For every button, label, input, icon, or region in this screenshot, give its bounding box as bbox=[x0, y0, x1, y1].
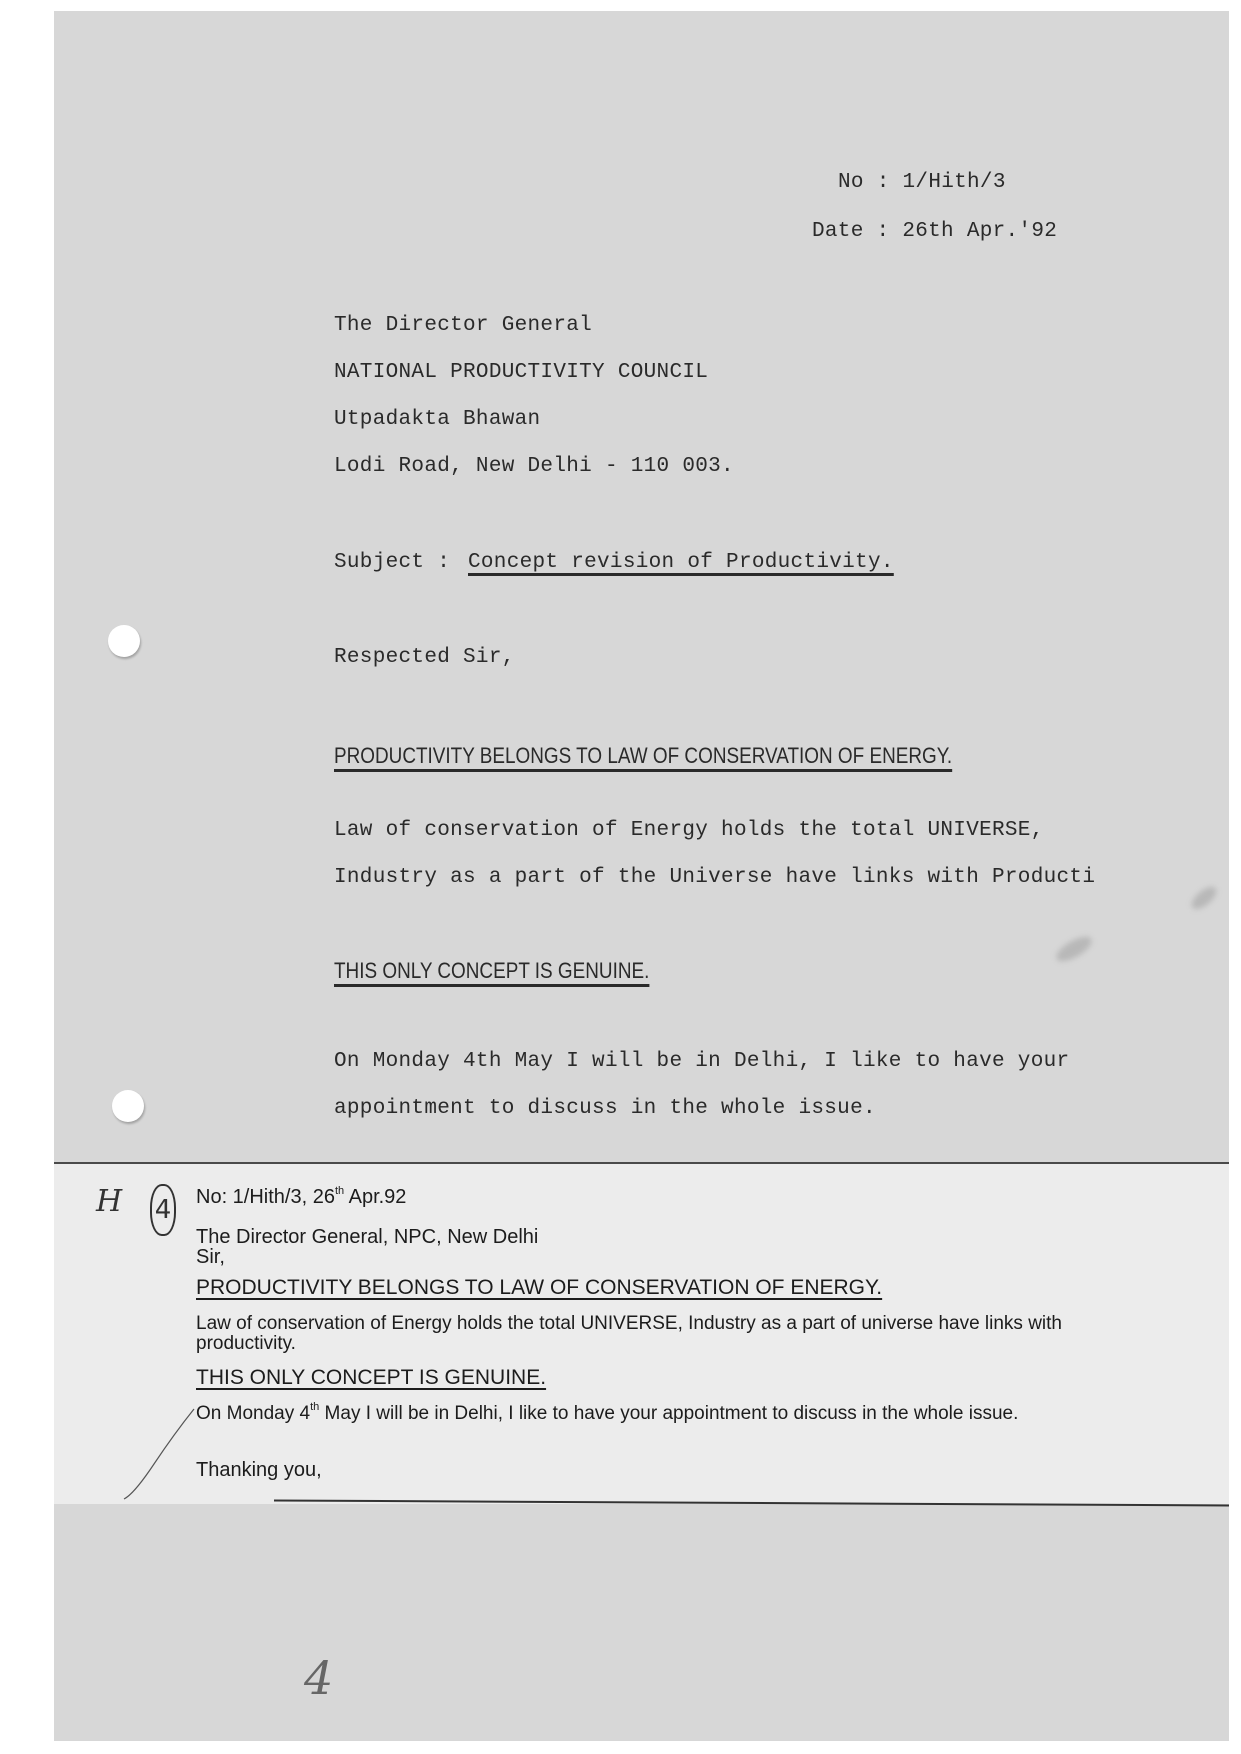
summary-addressee: The Director General, NPC, New Delhi bbox=[196, 1226, 538, 1249]
summary-closing: Thanking you, bbox=[196, 1459, 322, 1482]
pasted-summary-strip: H 4 No: 1/Hith/3, 26th Apr.92 The Direct… bbox=[54, 1162, 1229, 1504]
summary-paragraph-1: Law of conservation of Energy holds the … bbox=[196, 1314, 1156, 1354]
heading-genuine: THIS ONLY CONCEPT IS GENUINE. bbox=[334, 958, 649, 984]
ink-smudge bbox=[1053, 932, 1096, 966]
addressee-line: Lodi Road, New Delhi - 110 003. bbox=[334, 455, 734, 478]
body-paragraph-line: Law of conservation of Energy holds the … bbox=[334, 819, 1044, 842]
summary-heading-conservation: PRODUCTIVITY BELONGS TO LAW OF CONSERVAT… bbox=[196, 1276, 882, 1300]
reference-number: No : 1/Hith/3 bbox=[838, 171, 1006, 194]
handwritten-initials: H bbox=[96, 1184, 122, 1219]
summary-ref-sup: th bbox=[335, 1185, 344, 1197]
summary-para2-sup: th bbox=[310, 1401, 319, 1413]
addressee-line: Utpadakta Bhawan bbox=[334, 408, 540, 431]
punch-hole-top bbox=[108, 625, 140, 657]
salutation: Respected Sir, bbox=[334, 646, 515, 669]
handwritten-page-number: 4 bbox=[304, 1651, 333, 1705]
pen-stroke-icon bbox=[114, 1404, 204, 1504]
scanned-page: No : 1/Hith/3 Date : 26th Apr.'92 The Di… bbox=[54, 11, 1229, 1741]
summary-ref-prefix: No: 1/Hith/3, 26 bbox=[196, 1186, 335, 1208]
addressee-line: The Director General bbox=[334, 314, 592, 337]
subject-label: Subject : bbox=[334, 551, 450, 574]
circled-page-number: 4 bbox=[150, 1184, 176, 1236]
summary-para2-suffix: May I will be in Delhi, I like to have y… bbox=[319, 1403, 1018, 1424]
punch-hole-bottom bbox=[112, 1090, 144, 1122]
addressee-line: NATIONAL PRODUCTIVITY COUNCIL bbox=[334, 361, 708, 384]
summary-salutation: Sir, bbox=[196, 1246, 225, 1269]
circled-number-text: 4 bbox=[155, 1195, 172, 1225]
body-paragraph-line: On Monday 4th May I will be in Delhi, I … bbox=[334, 1050, 1069, 1073]
summary-heading-genuine: THIS ONLY CONCEPT IS GENUINE. bbox=[196, 1366, 546, 1390]
summary-reference: No: 1/Hith/3, 26th Apr.92 bbox=[196, 1186, 406, 1209]
body-paragraph-line: Industry as a part of the Universe have … bbox=[334, 866, 1095, 889]
summary-para2-prefix: On Monday 4 bbox=[196, 1403, 310, 1424]
summary-ref-suffix: Apr.92 bbox=[344, 1186, 406, 1208]
summary-paragraph-2: On Monday 4th May I will be in Delhi, I … bbox=[196, 1404, 1156, 1424]
ink-smudge bbox=[1188, 883, 1220, 913]
letter-date: Date : 26th Apr.'92 bbox=[812, 220, 1057, 243]
heading-conservation: PRODUCTIVITY BELONGS TO LAW OF CONSERVAT… bbox=[334, 743, 952, 769]
subject-text: Concept revision of Productivity. bbox=[468, 551, 894, 574]
body-paragraph-line: appointment to discuss in the whole issu… bbox=[334, 1097, 876, 1120]
